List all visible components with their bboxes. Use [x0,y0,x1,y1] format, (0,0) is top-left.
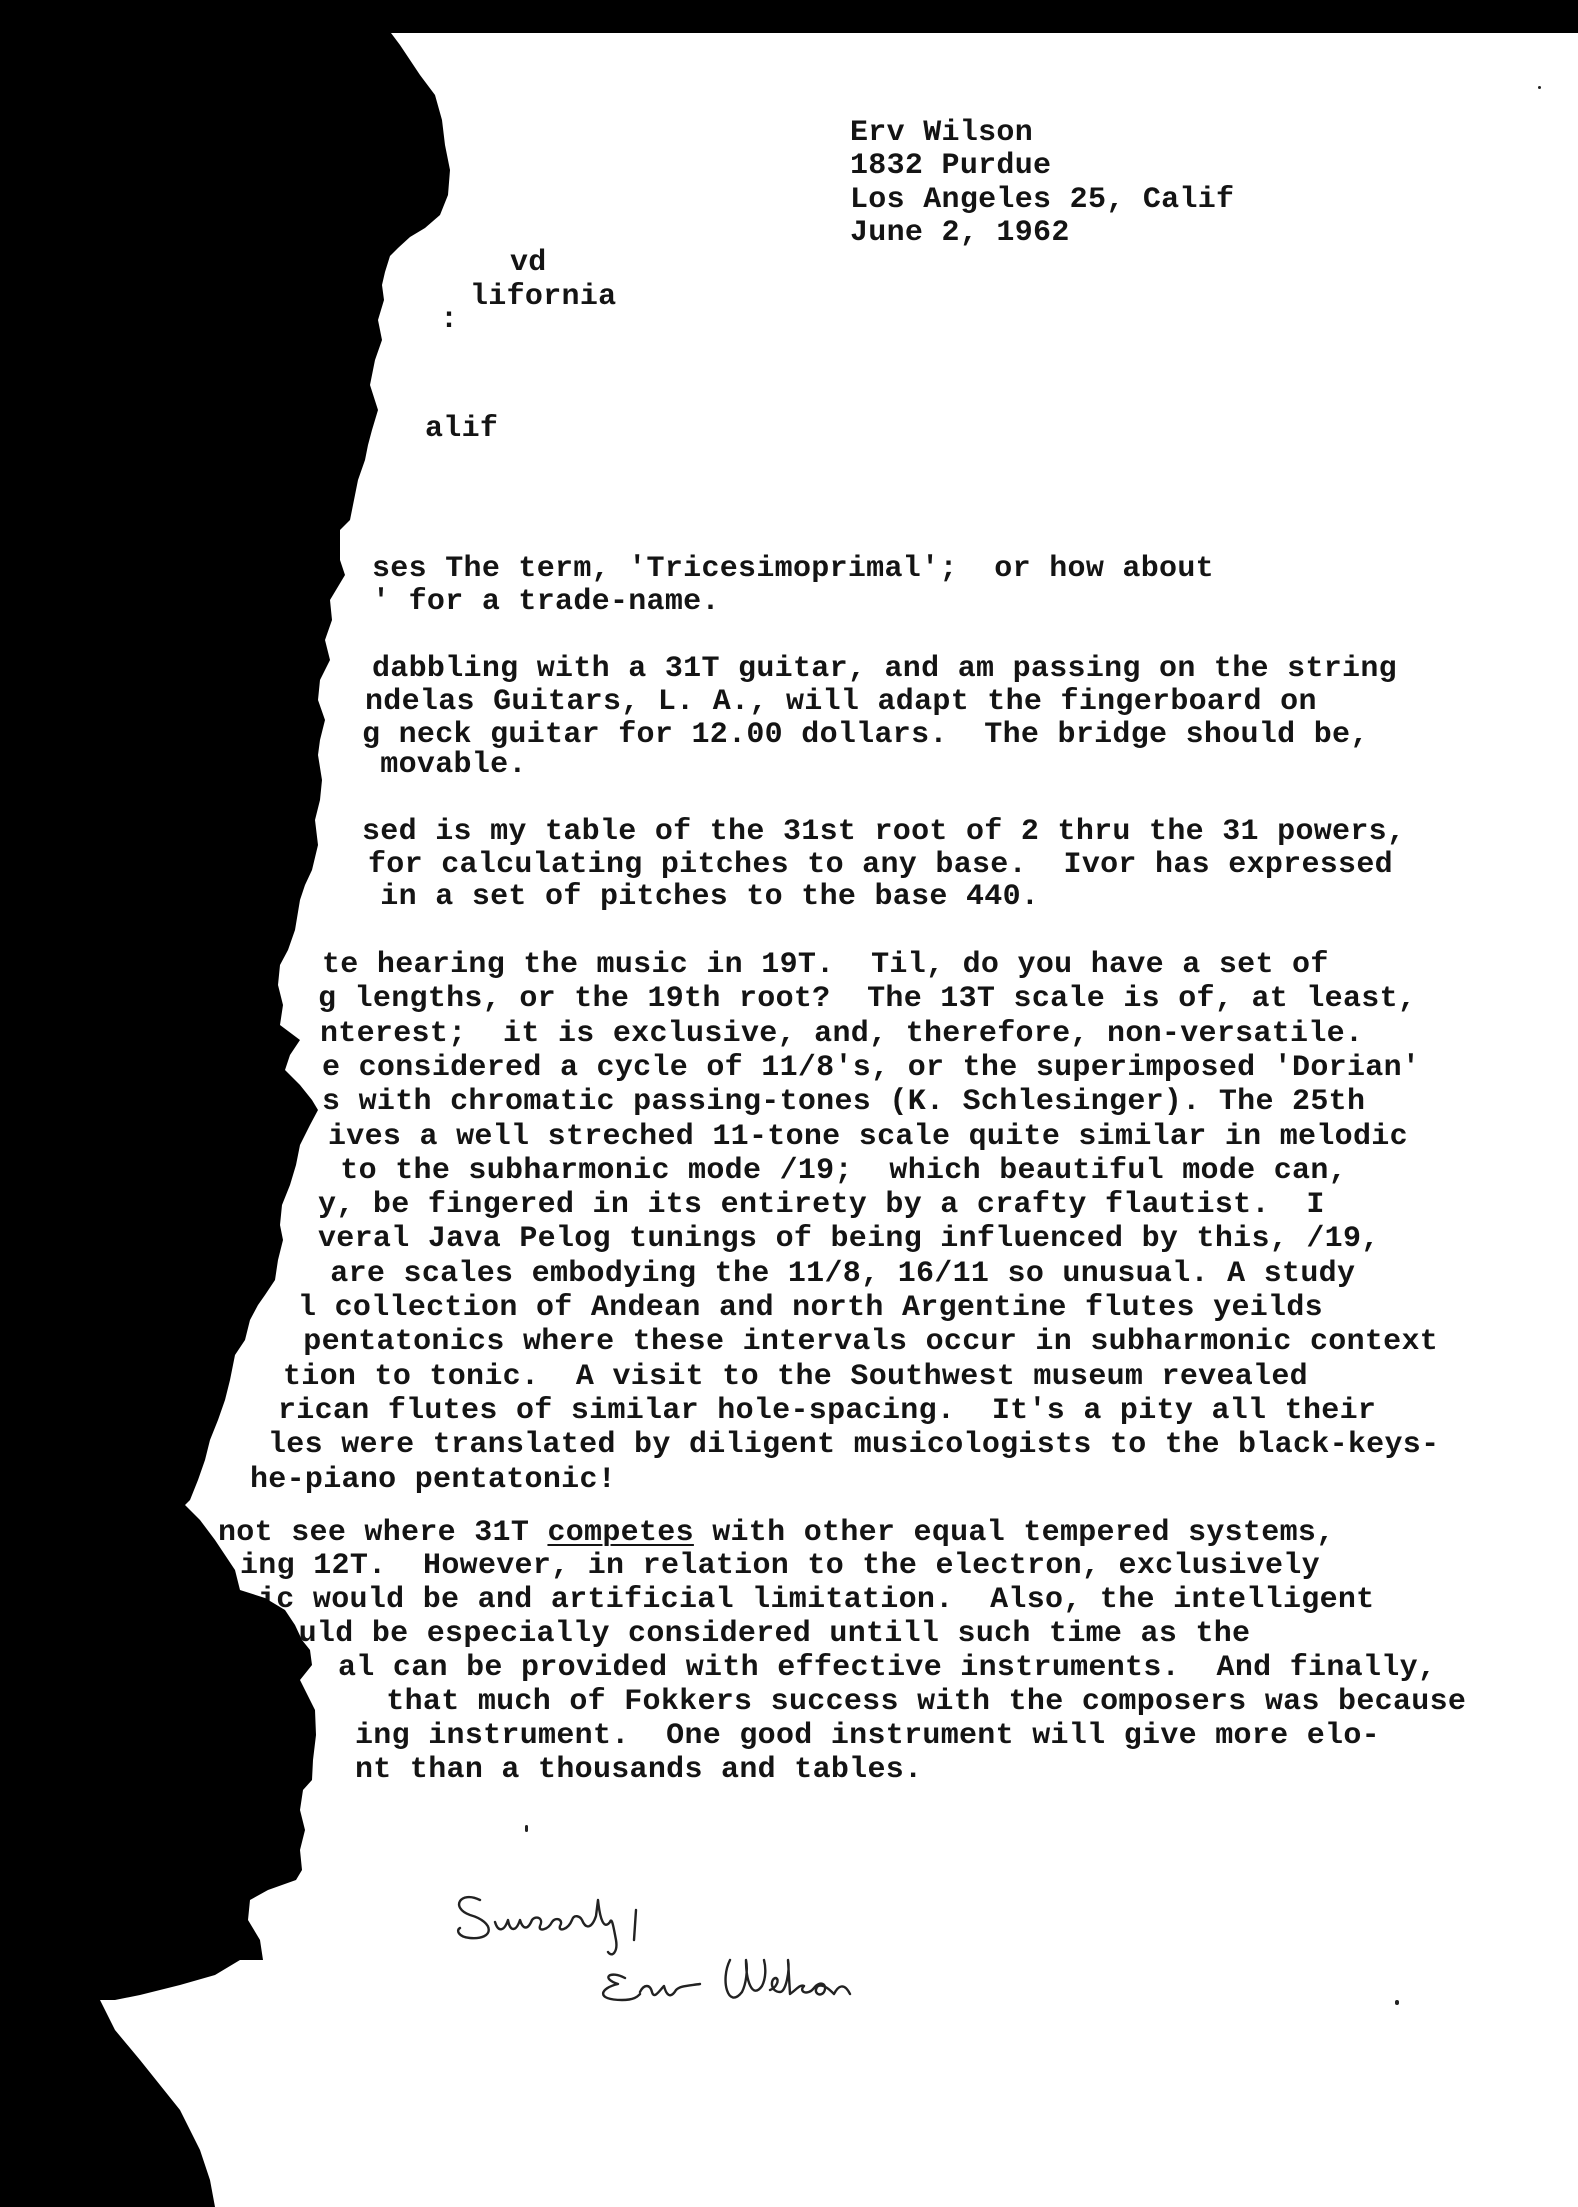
paragraph-4-line: he-piano pentatonic! [250,1463,616,1497]
paragraph-4-line: e considered a cycle of 11/8's, or the s… [322,1051,1420,1085]
paragraph-4-line: pentatonics where these intervals occur … [285,1325,1438,1359]
scan-speck [525,1825,528,1832]
paragraph-4-line: y, be fingered in its entirety by a craf… [318,1188,1325,1222]
paragraph-1-line: ' for a trade-name. [372,585,720,619]
recipient-fragment: alif [425,412,498,446]
line-prefix: not see where 31T [218,1516,547,1550]
paragraph-2-line: movable. [362,748,527,782]
paragraph-4-line: rican flutes of similar hole-spacing. It… [278,1394,1376,1428]
paragraph-5-line: ing instrument. One good instrument will… [355,1719,1380,1753]
paragraph-5-line: hould be especially considered untill su… [262,1617,1250,1651]
paragraph-4-line: ives a well streched 11-tone scale quite… [328,1120,1408,1154]
scan-speck [1395,2000,1399,2005]
sender-name: Erv Wilson [850,116,1033,150]
paragraph-1-line: ses The term, 'Tricesimoprimal'; or how … [372,552,1214,586]
paragraph-4-line: s with chromatic passing-tones (K. Schle… [322,1085,1365,1119]
recipient-fragment: vd [510,246,547,280]
paragraph-4-line: tion to tonic. A visit to the Southwest … [283,1360,1308,1394]
paragraph-5-line: ic would be and artificial limitation. A… [258,1583,1374,1617]
scan-speck [1538,86,1541,89]
paragraph-2-line: ndelas Guitars, L. A., will adapt the fi… [365,685,1317,719]
paragraph-4-line: veral Java Pelog tunings of being influe… [318,1222,1380,1256]
paragraph-4-line: nterest; it is exclusive, and, therefore… [320,1017,1363,1051]
signature-drawing [440,1860,960,2030]
paragraph-4-line: les were translated by diligent musicolo… [268,1428,1439,1462]
paragraph-4-line: to the subharmonic mode /19; which beaut… [322,1154,1347,1188]
paragraph-3-line: for calculating pitches to any base. Ivo… [368,848,1393,882]
underlined-word: competes [547,1516,693,1550]
paragraph-3-line: in a set of pitches to the base 440. [362,880,1039,914]
paragraph-5-line: ing 12T. However, in relation to the ele… [240,1549,1320,1583]
sender-street: 1832 Purdue [850,149,1051,183]
paragraph-4-line: l collection of Andean and north Argenti… [298,1291,1323,1325]
recipient-fragment: lifornia [470,280,616,314]
scan-top-border [0,0,1578,33]
paragraph-4-line: te hearing the music in 19T. Til, do you… [322,948,1329,982]
paragraph-5-line: al can be provided with effective instru… [338,1651,1436,1685]
paragraph-4-line: g lengths, or the 19th root? The 13T sca… [318,982,1416,1016]
paragraph-4-line: are scales embodying the 11/8, 16/11 so … [312,1257,1355,1291]
sender-city: Los Angeles 25, Calif [850,183,1234,217]
paragraph-3-line: sed is my table of the 31st root of 2 th… [362,815,1405,849]
line-suffix: with other equal tempered systems, [694,1516,1335,1550]
letter-date: June 2, 1962 [850,216,1070,250]
paragraph-5-line: not see where 31T competes with other eq… [218,1516,1335,1550]
paragraph-2-line: g neck guitar for 12.00 dollars. The bri… [362,718,1369,752]
recipient-fragment: : [440,303,458,337]
paragraph-5-line: nt than a thousands and tables. [355,1753,922,1787]
paragraph-2-line: dabbling with a 31T guitar, and am passi… [372,652,1397,686]
paragraph-5-line: that much of Fokkers success with the co… [368,1685,1466,1719]
handwritten-closing [440,1860,960,2035]
letter-page: Erv Wilson 1832 Purdue Los Angeles 25, C… [0,0,1578,2207]
